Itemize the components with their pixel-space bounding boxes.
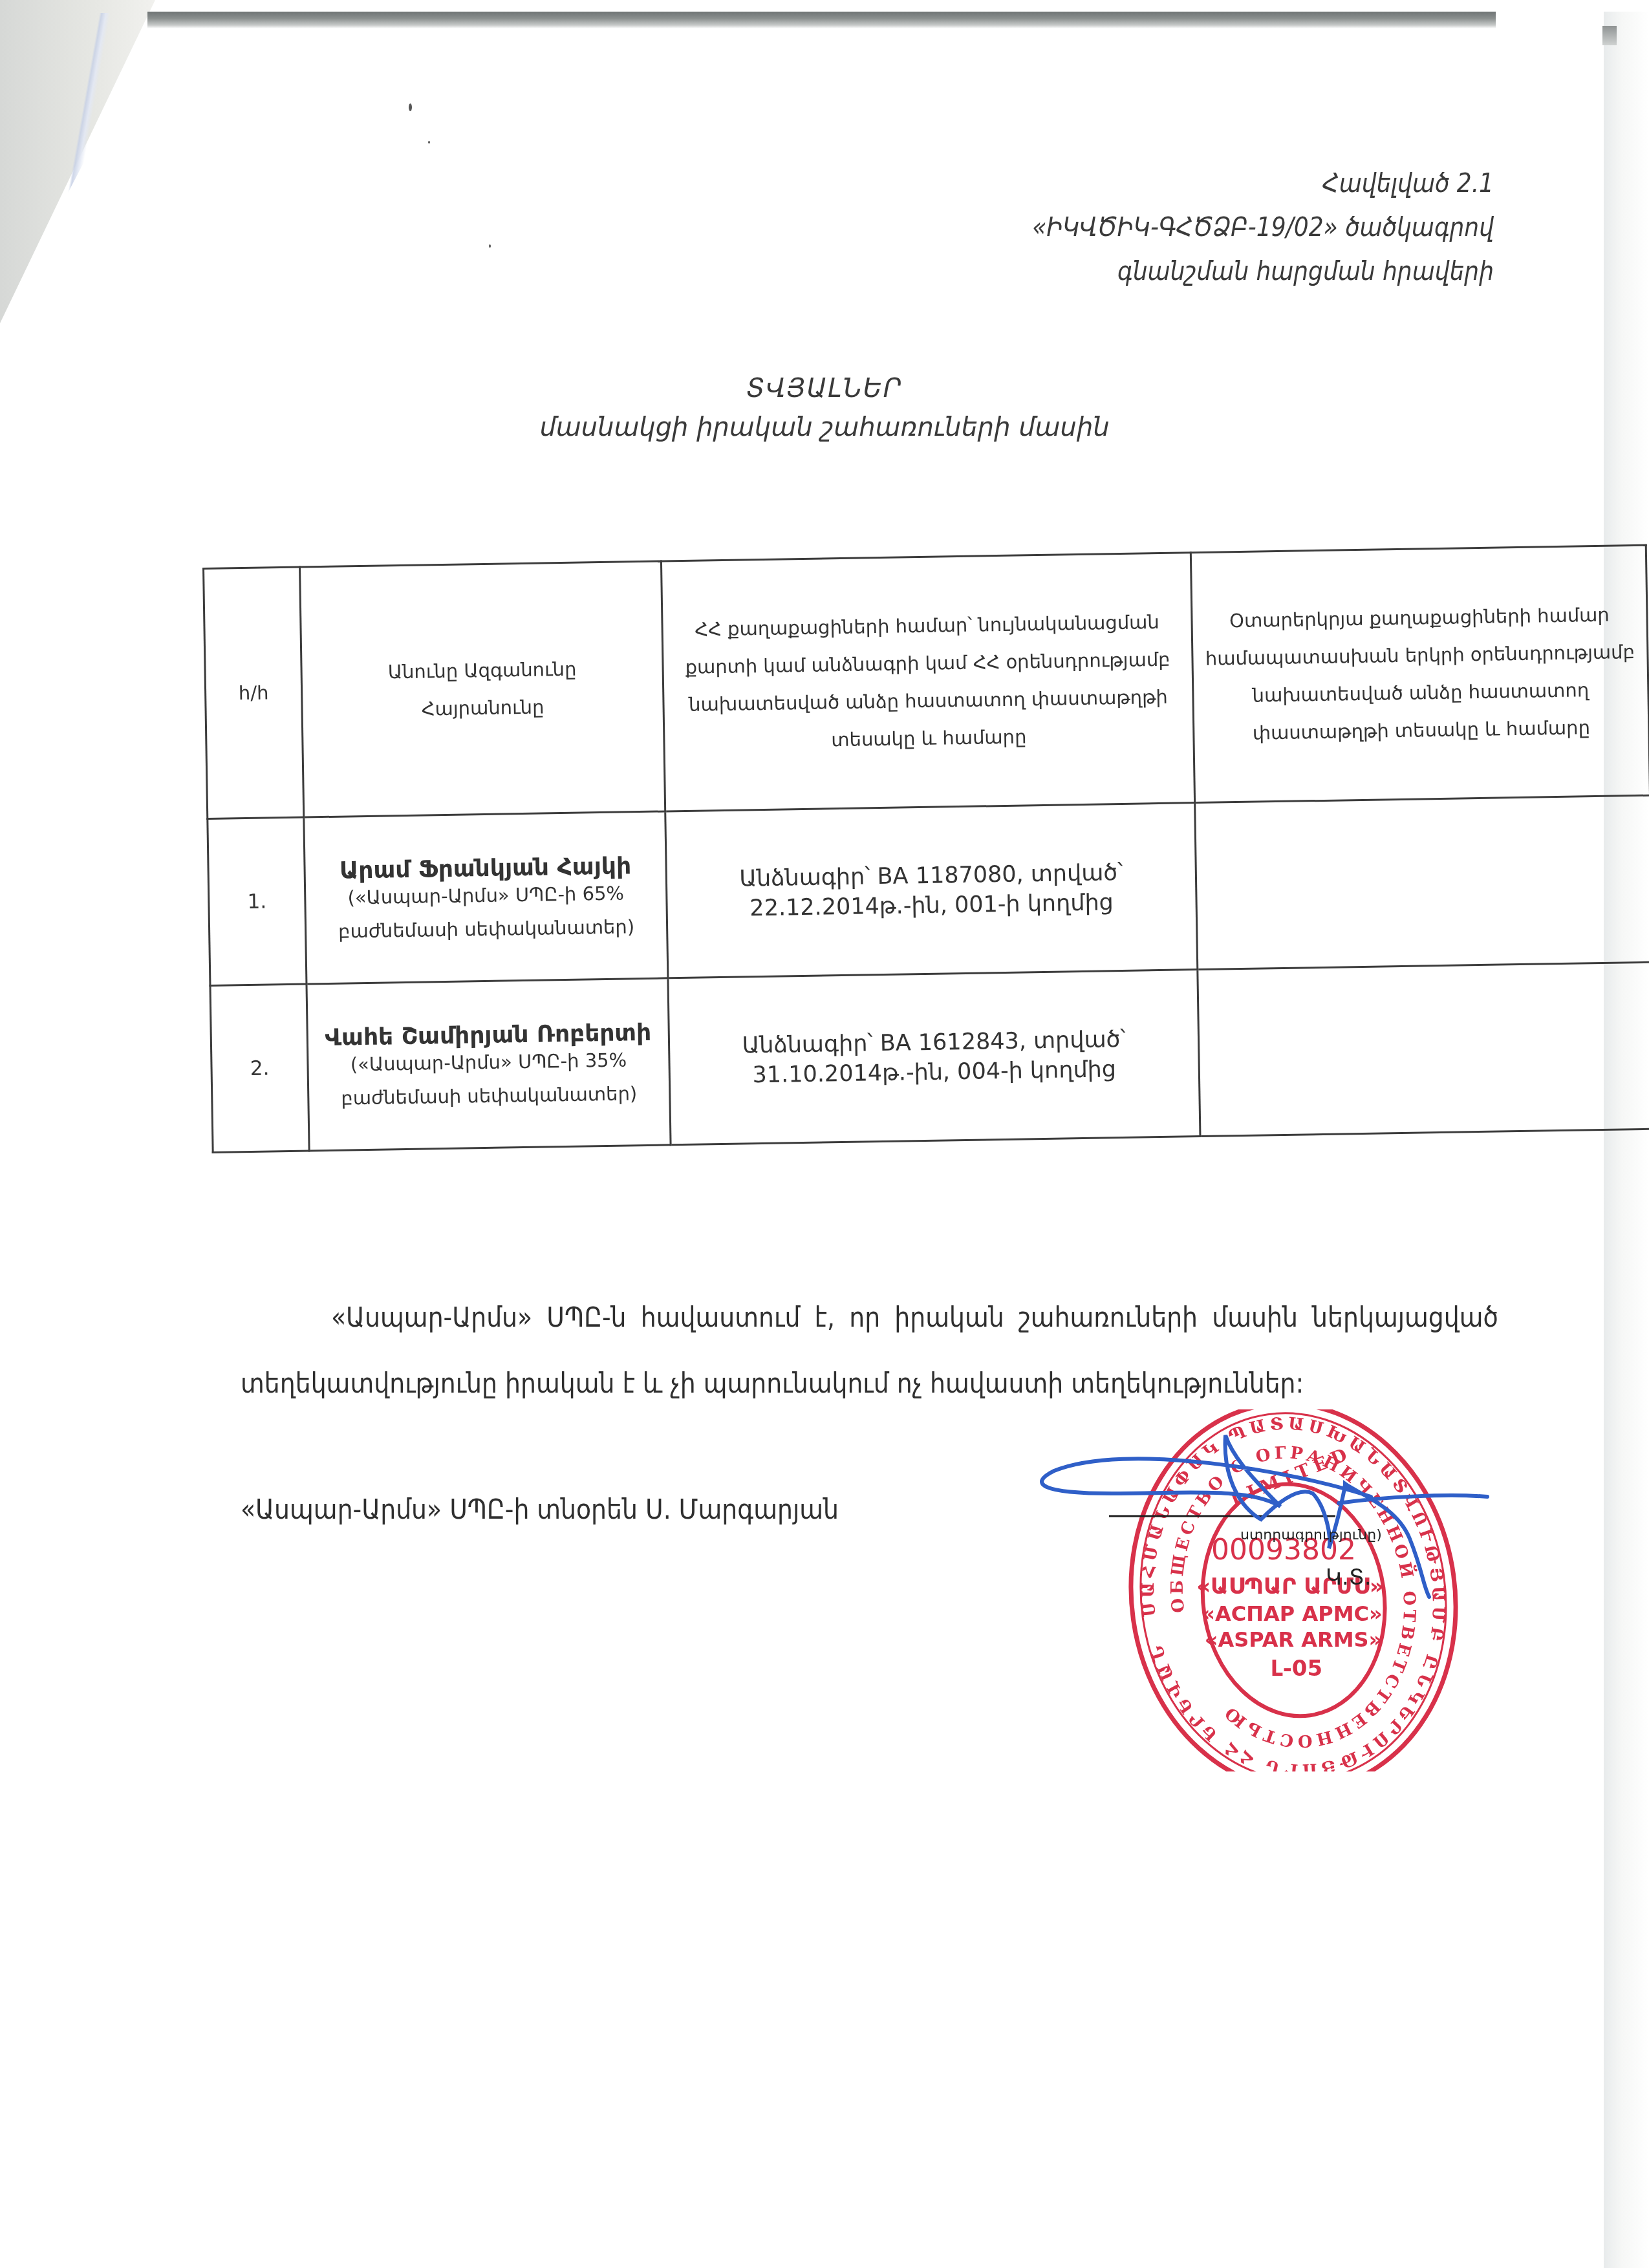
annex-invitation: գնանշման հարցման հրավերի <box>1032 250 1494 294</box>
header-index: h/h <box>204 567 304 818</box>
annex-number: Հավելված 2.1 <box>1032 162 1494 206</box>
scan-speck <box>428 141 430 144</box>
armenian-document: Անձնագիր՝ BA 1187080, տրված՝ 22.12.2014թ… <box>665 803 1198 978</box>
signature-caption: ստորագրությունը) <box>1240 1527 1382 1543</box>
page-edge-left <box>0 13 162 323</box>
owner-name: Վահե Շամիրյան Ռոբերտի <box>319 1018 656 1052</box>
svg-text:Լ-05: Լ-05 <box>1271 1656 1322 1682</box>
armenian-document: Անձնագիր՝ BA 1612843, տրված՝ 31.10.2014թ… <box>668 970 1200 1145</box>
table-row: 2. Վահե Շամիրյան Ռոբերտի («Ասպար-Արմս» Ս… <box>210 962 1649 1152</box>
owner-share-note: («Ասպար-Արմս» ՍՊԸ-ի 35% <box>320 1047 657 1076</box>
owner-share-note: («Ասպար-Արմս» ՍՊԸ-ի 65% <box>318 880 654 910</box>
row-index: 2. <box>210 984 309 1152</box>
header-full-name-text: Անունը Ազգանունը Հայրանունը <box>375 650 590 728</box>
company-seal: ՍԱՀՄԱՆԱՓԱԿ ՊԱՏԱՍԽԱՆԱՏՎՈՒԹՅԱՄԲ ԸՆԿԵՐՈՒԹՅՈ… <box>1035 1409 1552 1771</box>
scan-speck <box>409 103 412 111</box>
owner-cell: Արամ Ֆրանկյան Հայկի («Ասպար-Արմս» ՍՊԸ-ի … <box>304 811 668 984</box>
document-title: ՏՎՅԱԼՆԵՐ <box>0 374 1649 403</box>
header-foreign-citizen-document: Օտարերկրյա քաղաքացիների համար համապատասխ… <box>1191 545 1649 802</box>
table-header-row: h/h Անունը Ազգանունը Հայրանունը ՀՀ քաղաք… <box>204 545 1649 818</box>
owner-share-note-cont: բաժնեմասի սեփականատեր) <box>321 1080 658 1110</box>
director-line: «Ասպար-Արմս» ՍՊԸ-ի տնօրեն Ս. Մարգարյան <box>241 1493 839 1525</box>
scan-speck <box>489 244 491 248</box>
beneficial-owners-table: h/h Անունը Ազգանունը Հայրանունը ՀՀ քաղաք… <box>202 546 1553 1153</box>
foreign-document <box>1195 795 1649 969</box>
page-edge-top <box>147 12 1496 28</box>
document-subtitle: մասնակցի իրական շահառուների մասին <box>0 412 1649 442</box>
owner-share-note-cont: բաժնեմասի սեփականատեր) <box>318 914 655 943</box>
certification-statement: «Ասպար-Արմս» ՍՊԸ-ն հավաստում է, որ իրակա… <box>241 1285 1498 1417</box>
table-row: 1. Արամ Ֆրանկյան Հայկի («Ասպար-Արմս» ՍՊԸ… <box>208 795 1649 985</box>
owner-cell: Վահե Շամիրյան Ռոբերտի («Ասպար-Արմս» ՍՊԸ-… <box>307 978 671 1151</box>
seal-place-mark: Կ.Տ. <box>1326 1565 1371 1590</box>
header-armenian-citizen-document: ՀՀ քաղաքացիների համար՝ նույնականացման քա… <box>661 553 1194 811</box>
owner-name: Արամ Ֆրանկյան Հայկի <box>317 851 654 885</box>
annex-reference: Հավելված 2.1 «ԻԿՎԾԻԿ-ԳՀԾՁԲ-19/02» ծածկագ… <box>1032 162 1494 294</box>
header-full-name: Անունը Ազգանունը Հայրանունը <box>300 561 665 817</box>
page-corner-shadow <box>1602 26 1617 45</box>
svg-text:«АСПАР АРМС»: «АСПАР АРМС» <box>1202 1601 1382 1626</box>
svg-text:«ASPAR ARMS»: «ASPAR ARMS» <box>1205 1627 1383 1652</box>
seal-inner-ring <box>1188 1472 1399 1728</box>
foreign-document <box>1198 962 1649 1136</box>
annex-code: «ԻԿՎԾԻԿ-ԳՀԾՁԲ-19/02» ծածկագրով <box>1032 206 1494 250</box>
row-index: 1. <box>208 817 307 985</box>
page-edge-right <box>1604 12 1649 2268</box>
